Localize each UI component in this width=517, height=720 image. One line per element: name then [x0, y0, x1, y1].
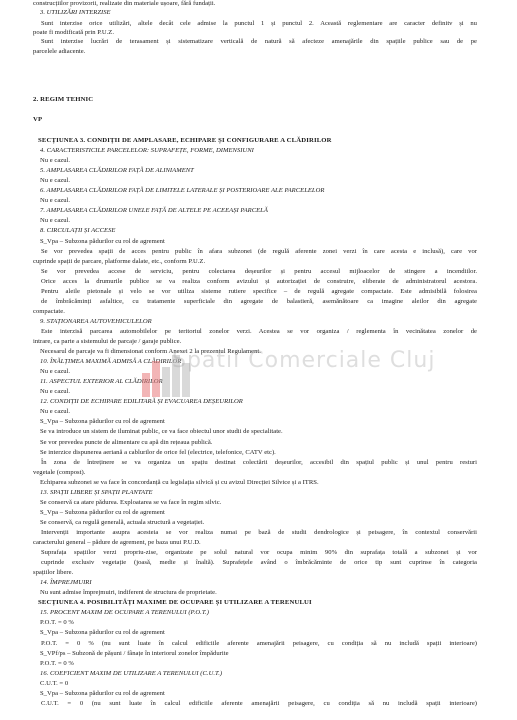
item-body-line: S_Vpa – Subzona pădurilor cu rol de agre…: [40, 238, 477, 246]
item-body-line: vegetale (compost).: [33, 469, 477, 477]
chapter-heading: 2. REGIM TEHNIC: [33, 96, 477, 104]
item-heading: 8. CIRCULAȚII ȘI ACCESE: [40, 227, 477, 235]
paragraph-line: parcelele adiacente.: [33, 48, 477, 56]
item-body-line: Nu e cazul.: [40, 217, 477, 225]
item-body-line: C.U.T. = 0: [40, 680, 477, 688]
item-heading: 6. AMPLASAREA CLĂDIRILOR FAȚĂ DE LIMITEL…: [40, 187, 477, 195]
watermark-text: Spatii Comerciale Cluj: [172, 348, 435, 373]
item-body-line: Nu e cazul.: [40, 408, 477, 416]
item-body-line: Se vor prevedea puncte de alimentare cu …: [40, 439, 477, 447]
item-body-line: S_VPf/ps – Subzonă de pășuni / fânațe în…: [40, 650, 477, 658]
item-body-line: P.O.T. = 0 % (nu sunt luate în calcul ed…: [33, 640, 477, 648]
item-heading: 13. SPAȚII LIBERE ȘI SPAȚII PLANTATE: [40, 489, 477, 497]
item-body-line: S_Vpa – Subzona pădurilor cu rol de agre…: [40, 690, 477, 698]
item-body-line: intrare, ca parte a sistemului de parcaj…: [33, 338, 477, 346]
item-body-line: S_Vpa – Subzona pădurilor cu rol de agre…: [40, 629, 477, 637]
item-body-line: Se va introduce un sistem de iluminat pu…: [40, 428, 477, 436]
item-heading: 5. AMPLASAREA CLĂDIRILOR FAȚĂ DE ALINIAM…: [40, 167, 477, 175]
item-body-line: cuprinde exclusiv vegetație (joasă, medi…: [33, 559, 477, 567]
item-body-line: Nu e cazul.: [40, 388, 477, 396]
item-heading: 15. PROCENT MAXIM DE OCUPARE A TERENULUI…: [40, 609, 477, 617]
item-body-line: Orice acces la drumurile publice se va r…: [33, 278, 477, 286]
zone-code: VP: [33, 116, 477, 124]
paragraph-line: Sunt interzise orice utilizări, altele d…: [33, 20, 477, 28]
item-heading: 9. STAȚIONAREA AUTOVEHICULELOR: [40, 318, 477, 326]
item-heading: 11. ASPECTUL EXTERIOR AL CLĂDIRILOR: [40, 378, 477, 386]
item-body-line: Intervenții importante asupra acesteia s…: [33, 529, 477, 537]
paragraph-line: poate fi modificată prin P.U.Z.: [33, 29, 477, 37]
item-body-line: Se vor prevedea accese de serviciu, pent…: [33, 268, 477, 276]
paragraph-line: construcțiilor provizorii, realizate din…: [33, 0, 477, 8]
item-heading: 16. COEFICIENT MAXIM DE UTILIZARE A TERE…: [40, 670, 477, 678]
item-heading: 12. CONDIȚII DE ECHIPARE EDILITARĂ ȘI EV…: [40, 398, 477, 406]
item-body-line: Nu sunt admise împrejmuiri, indiferent d…: [40, 589, 477, 597]
section-title: SECȚIUNEA 3. CONDIȚII DE AMPLASARE, ECHI…: [38, 137, 477, 145]
section-title: SECȚIUNEA 4. POSIBILITĂȚI MAXIME DE OCUP…: [38, 599, 477, 607]
item-body-line: de îmbrăcăminți asfaltice, cu tratamente…: [33, 298, 477, 306]
item-body-line: caracterului general – pădure de agremen…: [33, 539, 477, 547]
item-heading: 14. ÎMPREJMUIRI: [40, 579, 477, 587]
paragraph-line: 3. UTILIZĂRI INTERZISE: [40, 9, 477, 17]
item-body-line: În zona de întreținere se va organiza un…: [33, 459, 477, 467]
item-body-line: Echiparea subzonei se va face în concord…: [40, 479, 477, 487]
item-body-line: spațiilor libere.: [33, 569, 477, 577]
item-body-line: Se conservă ca atare pădurea. Exploatare…: [40, 499, 477, 507]
item-body-line: Se conservă, ca regulă generală, actuala…: [40, 519, 477, 527]
item-body-line: P.O.T. = 0 %: [40, 660, 477, 668]
item-body-line: Nu e cazul.: [40, 197, 477, 205]
item-heading: 4. CARACTERISTICILE PARCELELOR: SUPRAFEȚ…: [40, 147, 477, 155]
item-heading: 7. AMPLASAREA CLĂDIRILOR UNELE FAȚĂ DE A…: [40, 207, 477, 215]
item-body-line: Se vor prevedea spații de acces pentru p…: [33, 248, 477, 256]
item-body-line: compactate.: [33, 308, 477, 316]
item-body-line: S_Vpa – Subzona pădurilor cu rol de agre…: [40, 509, 477, 517]
item-body-line: Este interzisă parcarea automobilelor pe…: [33, 328, 477, 336]
item-body-line: S_Vpa – Subzona pădurilor cu rol de agre…: [40, 418, 477, 426]
item-body-line: Pentru aleile pietonale și velo se vor u…: [33, 288, 477, 296]
item-body-line: Se interzice dispunerea aeriană a cablur…: [40, 449, 477, 457]
paragraph-line: Sunt interzise lucrări de terasament și …: [33, 38, 477, 46]
item-body-line: cuprinde spații de parcare, platforme da…: [33, 258, 477, 266]
item-body-line: Nu e cazul.: [40, 177, 477, 185]
item-body-line: Nu e cazul.: [40, 157, 477, 165]
item-body-line: C.U.T. = 0 (nu sunt luate în calcul edif…: [33, 700, 477, 708]
item-body-line: Suprafața spațiilor verzi propriu-zise, …: [33, 549, 477, 557]
item-body-line: P.O.T. = 0 %: [40, 619, 477, 627]
